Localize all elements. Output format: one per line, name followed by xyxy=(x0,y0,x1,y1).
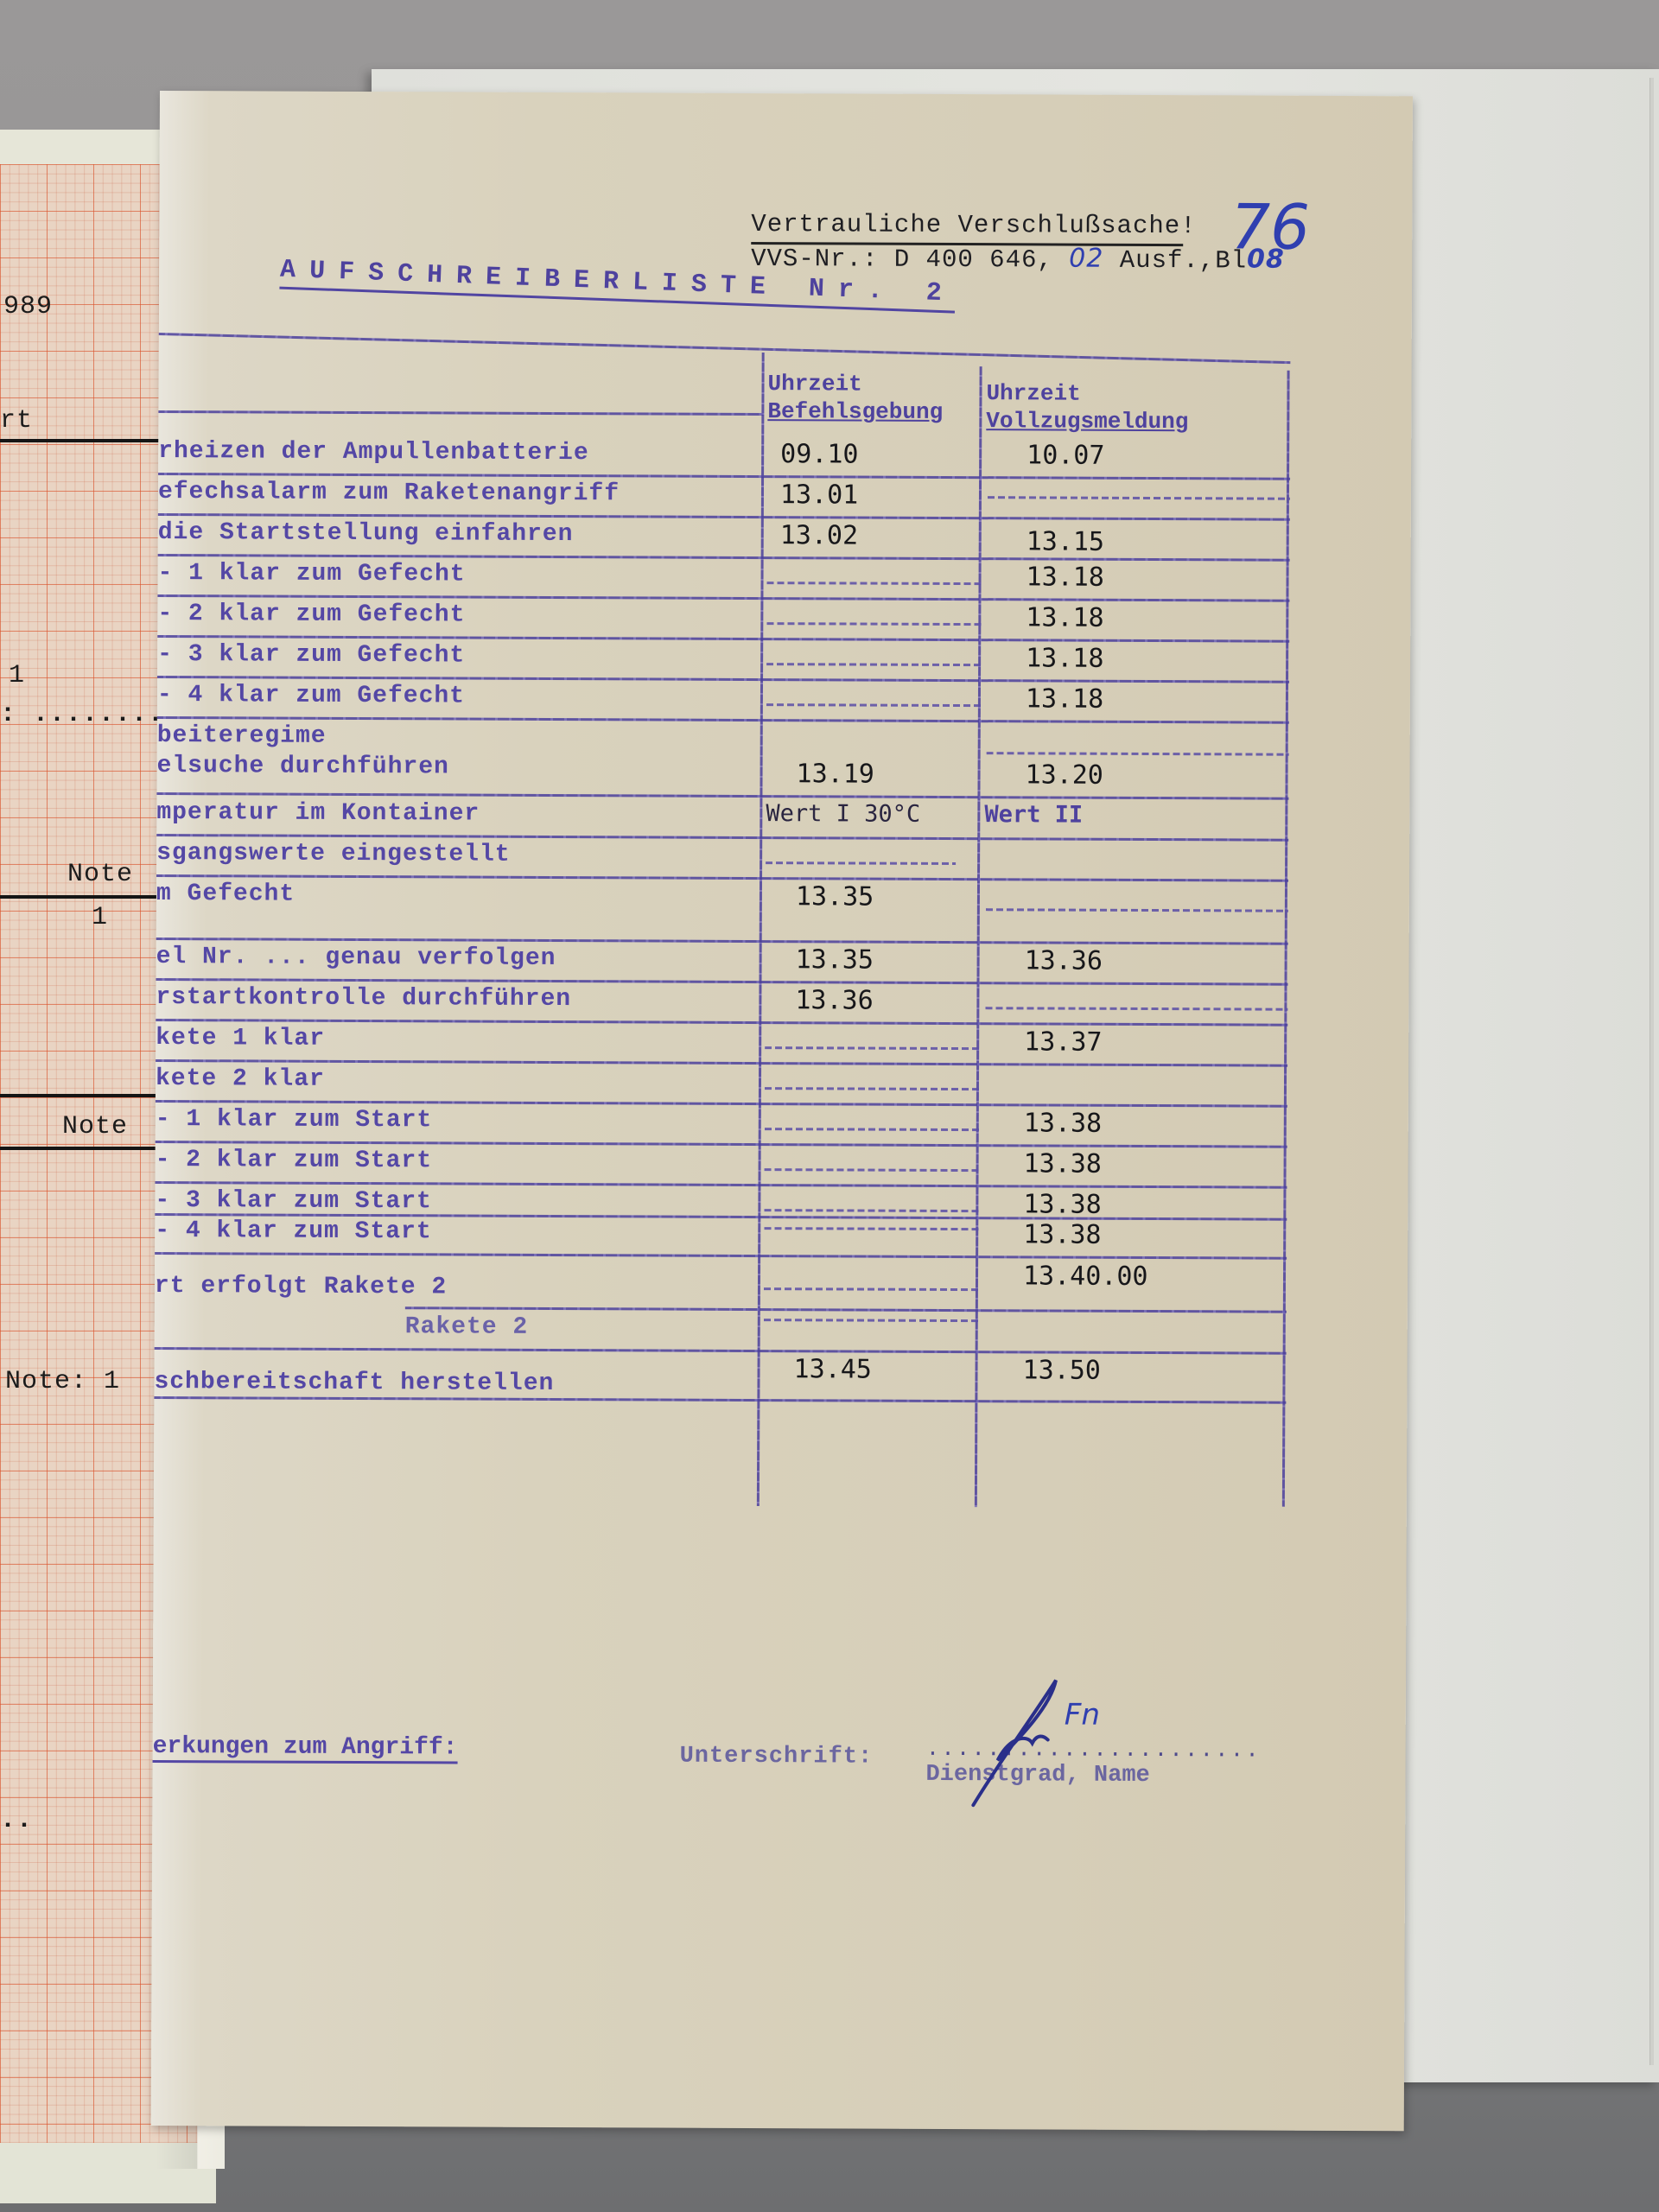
table-row: - 1 klar zum Start 13.38 xyxy=(156,1103,1305,1147)
table-row: mperatur im Kontainer Wert I 30°C Wert I… xyxy=(156,796,1306,841)
handwritten-page-number: 76 xyxy=(1230,190,1310,263)
table-row: kete 1 klar 13.37 xyxy=(156,1021,1305,1066)
graph-rule-1 xyxy=(0,439,173,442)
table-row: sgangswerte eingestellt xyxy=(156,836,1306,881)
table-top-border xyxy=(159,333,1291,364)
graph-note-footer: Note: 1 xyxy=(5,1367,120,1396)
table-row: - 3 klar zum Gefecht 13.18 xyxy=(157,638,1306,683)
vvs-handwritten-copy: 02 xyxy=(1069,244,1103,274)
graph-one-text: 1 xyxy=(9,661,25,690)
graph-year-text: 989 xyxy=(3,292,53,321)
vvs-number-line: VVS-Nr.: D 400 646, 02 Ausf.,Bl08 xyxy=(751,242,1285,276)
vvs-number-suffix: Ausf.,Bl xyxy=(1120,246,1247,276)
graph-rule-2 xyxy=(0,895,173,899)
remarks-label: erkungen zum Angriff: xyxy=(153,1733,458,1764)
log-table: rheizen der Ampullenbatterie 09.10 10.07… xyxy=(159,365,1308,371)
graph-note-value-1: 1 xyxy=(92,903,108,932)
signature-initials: Fn xyxy=(1065,1698,1100,1732)
graph-note-header-2: Note xyxy=(62,1112,128,1141)
graph-dots-bottom: .. xyxy=(0,1806,33,1835)
classification-heading: Vertrauliche Verschlußsache! xyxy=(751,210,1196,240)
table-row: - 1 klar zum Gefecht 13.18 xyxy=(157,556,1306,601)
graph-rule-3 xyxy=(0,1094,173,1097)
graph-rule-4 xyxy=(0,1147,173,1150)
table-row: el Nr. ... genau verfolgen 13.35 13.36 xyxy=(156,940,1306,985)
table-row: rt erfolgt Rakete 2 13.40.00 xyxy=(155,1255,1304,1313)
handwritten-signature-icon xyxy=(947,1667,1155,1815)
table-row: rheizen der Ampullenbatterie 09.10 10.07 xyxy=(158,435,1307,480)
column-header-completion-time: Uhrzeit Vollzugsmeldung xyxy=(986,379,1188,435)
table-row: - 2 klar zum Start 13.38 xyxy=(155,1143,1304,1188)
table-row: efechsalarm zum Raketenangriff 13.01 xyxy=(158,475,1307,520)
vvs-number-prefix: VVS-Nr.: D 400 646, xyxy=(751,245,1053,275)
table-row: rstartkontrolle durchführen 13.36 xyxy=(156,981,1305,1026)
graph-dots-text: : ........ xyxy=(0,700,164,729)
table-row: - 2 klar zum Gefecht 13.18 xyxy=(157,597,1306,642)
folder-edge xyxy=(1649,78,1654,2065)
typed-document-sheet: Vertrauliche Verschlußsache! VVS-Nr.: D … xyxy=(151,91,1413,2131)
table-row: - 4 klar zum Gefecht 13.18 xyxy=(157,678,1306,723)
table-row: m Gefecht 13.35 xyxy=(156,877,1306,943)
table-row: schbereitschaft herstellen 13.45 13.50 xyxy=(154,1350,1303,1395)
table-row: - 4 klar zum Start 13.38 xyxy=(155,1214,1304,1259)
header-divider-left xyxy=(158,410,763,416)
column-header-command-time: Uhrzeit Befehlsgebung xyxy=(767,370,943,426)
graph-label-rt: rt xyxy=(0,406,33,435)
table-row: die Startstellung einfahren 13.02 13.15 xyxy=(158,516,1307,561)
table-row: kete 2 klar xyxy=(156,1062,1305,1107)
table-row: elsuche durchführen 13.19 13.20 xyxy=(156,749,1306,794)
table-row: Rakete 2 xyxy=(155,1309,1304,1354)
signature-label: Unterschrift: xyxy=(680,1744,874,1770)
graph-note-header-1: Note xyxy=(67,860,133,889)
